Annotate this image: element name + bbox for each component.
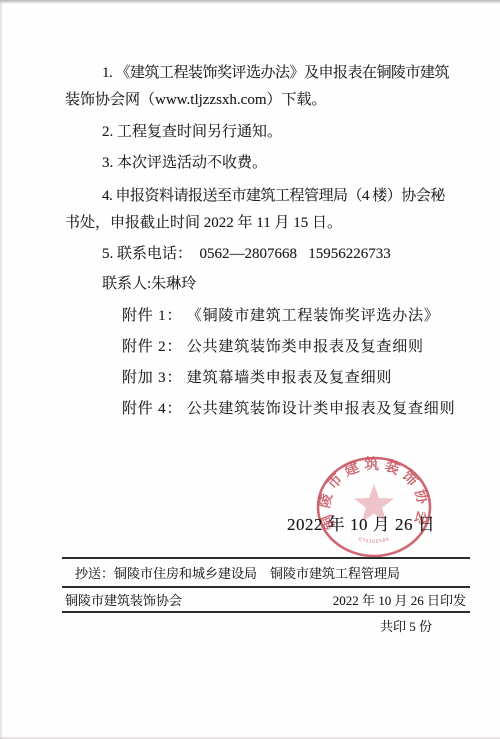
body-line-5: 4. 申报资料请报送至市建筑工程管理局（4 楼）协会秘 [102,186,445,206]
footer-issuer: 铜陵市建筑装饰协会 [65,592,182,609]
scanned-notice-page: 1. 《建筑工程装饰奖评选办法》及申报表在铜陵市建筑 装饰协会网（www.tlj… [0,0,500,739]
footer-printed-date: 2022 年 10 月 26 日印发 [333,592,466,609]
footer-cc-line: 抄送：铜陵市住房和城乡建设局 铜陵市建筑工程管理局 [75,565,400,582]
footer-rule-bottom [62,611,470,613]
body-line-3: 2. 工程复查时间另行通知。 [102,122,282,142]
footer-rule-middle [62,586,470,588]
body-line-7: 5. 联系电话： 0562—2807668 15956226733 [102,244,391,264]
body-line-8: 联系人:朱琳玲 [102,274,196,294]
footer-rule-top [62,557,470,559]
body-line-4: 3. 本次评选活动不收费。 [102,153,267,173]
body-line-2: 装饰协会网（www.tljzzsxh.com）下载。 [65,90,327,110]
scan-edge-top [0,0,500,4]
body-line-1: 1. 《建筑工程装饰奖评选办法》及申报表在铜陵市建筑 [102,63,449,83]
attachment-line-4: 附件 4： 公共建筑装饰设计类申报表及复查细则 [122,399,455,419]
official-seal: 铜陵市建筑装饰协会 3407010058925 [312,452,436,562]
attachment-line-2: 附件 2： 公共建筑装饰类申报表及复查细则 [122,337,424,357]
scan-edge-left [0,0,2,739]
body-line-6: 书处，申报截止时间 2022 年 11 月 15 日。 [65,213,342,233]
issue-date: 2022 年 10 月 26 日 [287,510,435,535]
attachment-line-1: 附件 1： 《铜陵市建筑工程装饰奖评选办法》 [122,306,440,326]
footer-copies-count: 共印 5 份 [380,618,432,635]
attachment-line-3: 附加 3： 建筑幕墙类申报表及复查细则 [122,368,392,388]
